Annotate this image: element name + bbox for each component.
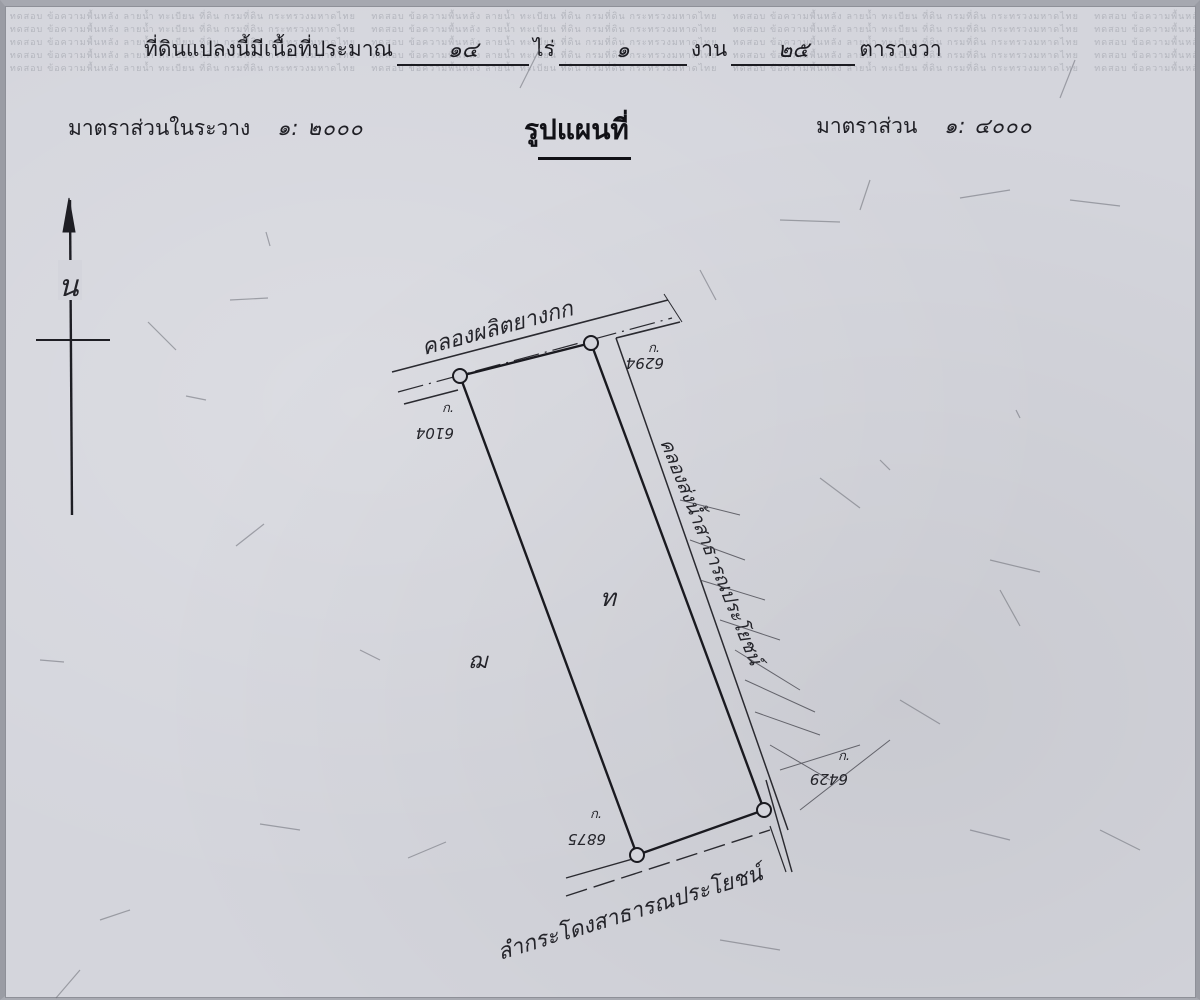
- north-canal-label: คลองผลิตยางกก: [419, 296, 577, 361]
- marker-bottom-left-number: 6875: [568, 830, 606, 848]
- marker-top-left-icon: [453, 369, 467, 383]
- paper-scratches: [40, 48, 1140, 998]
- parcel-map: น คลองผลิตยางกก คลองส่งน้ำสาธารณประโยชน์…: [0, 0, 1200, 1000]
- adjacent-parcel-label: ฌ: [468, 649, 489, 674]
- marker-bottom-right-number: 6429: [810, 770, 848, 788]
- east-canal-label: คลองส่งน้ำสาธารณประโยชน์: [655, 434, 771, 672]
- marker-top-left-prefix: ก.: [442, 401, 454, 416]
- marker-bottom-left-icon: [630, 848, 644, 862]
- north-label: น: [58, 269, 80, 304]
- marker-bottom-left-prefix: ก.: [590, 807, 602, 822]
- marker-bottom-right-icon: [757, 803, 771, 817]
- marker-bottom-right-prefix: ก.: [838, 749, 850, 764]
- marker-top-right-number: 6294: [626, 354, 664, 372]
- north-arrow-icon: [36, 198, 110, 515]
- east-canal: [616, 338, 792, 872]
- marker-top-right-prefix: ก.: [648, 341, 660, 356]
- marker-top-left-number: 6104: [416, 424, 454, 442]
- parcel-label: ท: [600, 584, 618, 612]
- marker-top-right-icon: [584, 336, 598, 350]
